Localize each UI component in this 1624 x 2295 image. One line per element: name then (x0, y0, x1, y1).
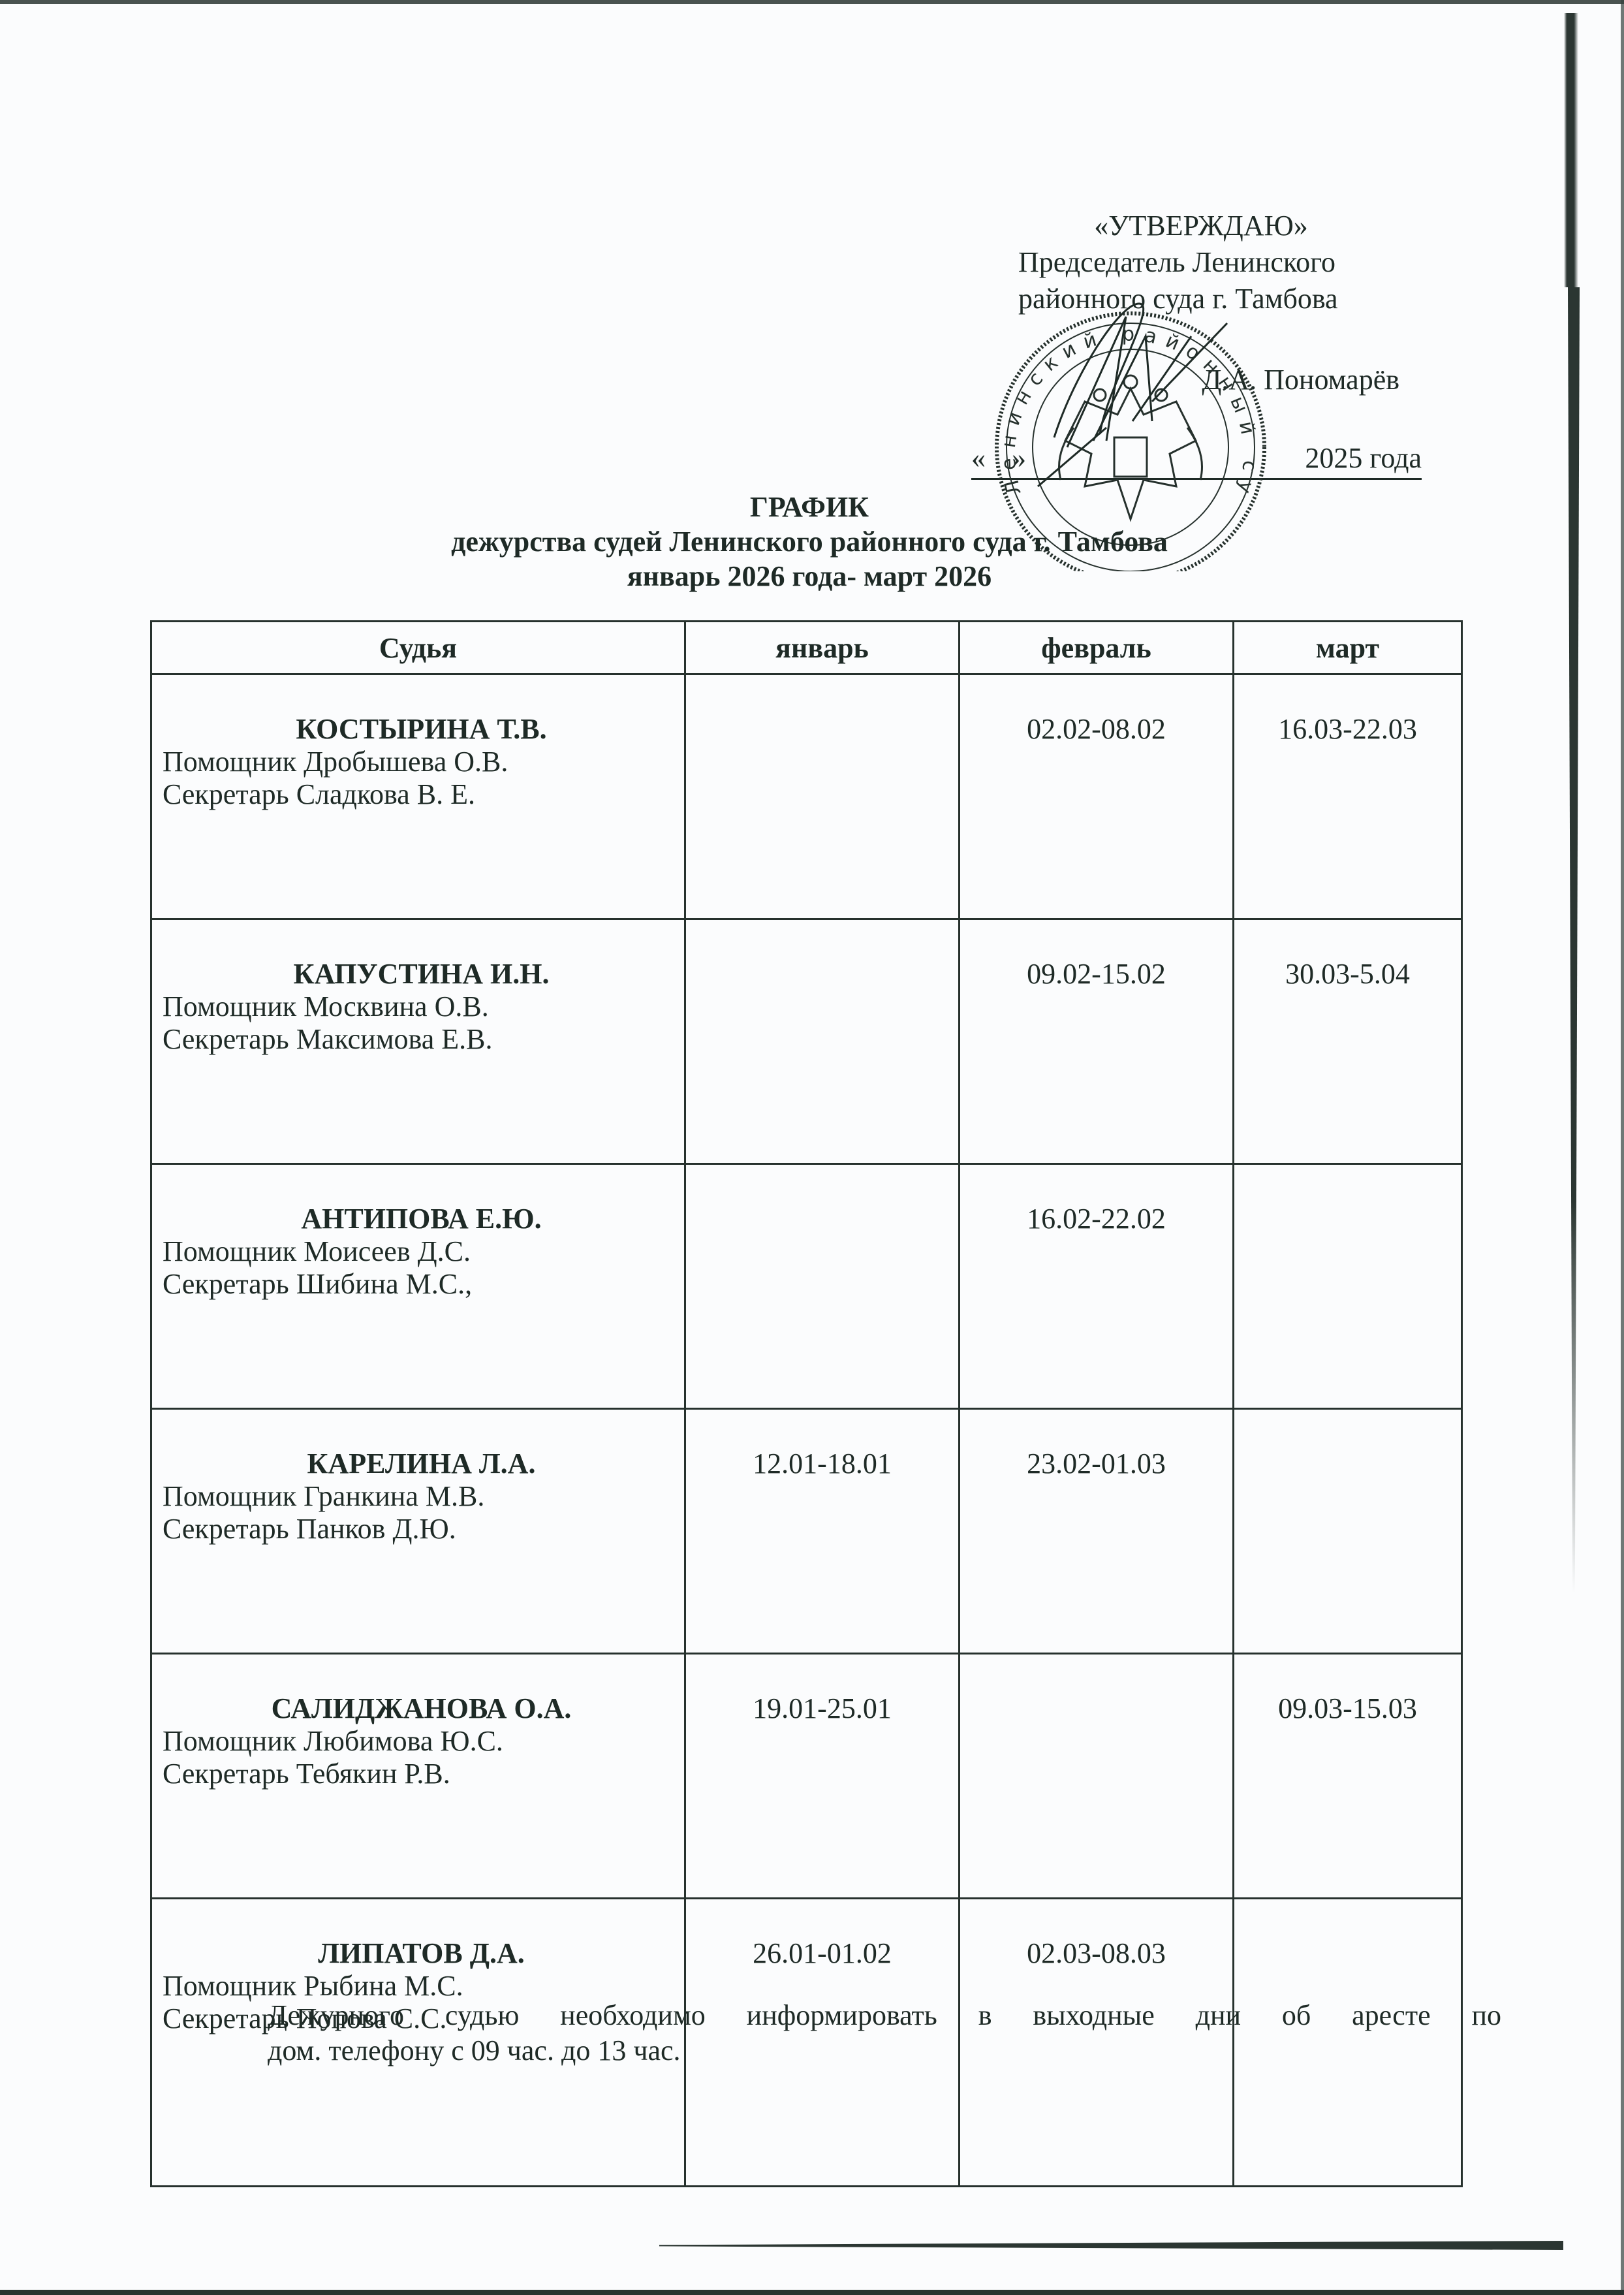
secretary-name: Тебякин Р.В. (296, 1758, 450, 1790)
march-duty-cell (1234, 1409, 1462, 1654)
judge-name: АНТИПОВА Е.Ю. (163, 1203, 680, 1235)
scan-bottom-mark (659, 2241, 1563, 2250)
january-duty-cell (685, 674, 960, 919)
column-header-march: март (1234, 622, 1462, 674)
judge-name: КАРЕЛИНА Л.А. (163, 1448, 680, 1480)
secretary-label: Секретарь (163, 1758, 289, 1790)
assistant-label: Помощник (163, 746, 296, 778)
assistant-label: Помощник (163, 1480, 296, 1512)
assistant-line: Помощник Любимова Ю.С. (163, 1725, 680, 1758)
february-duty-cell: 02.02-08.02 (960, 674, 1234, 919)
secretary-label: Секретарь (163, 778, 289, 810)
secretary-line: Секретарь Шибина М.С., (163, 1268, 680, 1301)
secretary-label: Секретарь (163, 1023, 289, 1055)
assistant-name: Гранкина М.В. (304, 1480, 484, 1512)
scan-border-right (1621, 0, 1624, 2295)
march-duty-cell: 30.03-5.04 (1234, 919, 1462, 1164)
table-row: КОСТЫРИНА Т.В. Помощник Дробышева О.В. С… (151, 674, 1462, 919)
february-duty-cell: 23.02-01.03 (960, 1409, 1234, 1654)
approver-position-line1: Председатель Ленинского (966, 244, 1436, 281)
assistant-line: Помощник Гранкина М.В. (163, 1480, 680, 1513)
january-duty-cell: 12.01-18.01 (685, 1409, 960, 1654)
assistant-label: Помощник (163, 990, 296, 1022)
table-row: АНТИПОВА Е.Ю. Помощник Моисеев Д.С. Секр… (151, 1164, 1462, 1409)
assistant-name: Дробышева О.В. (304, 746, 508, 778)
judge-cell: КАПУСТИНА И.Н. Помощник Москвина О.В. Се… (151, 919, 685, 1164)
march-duty-cell: 16.03-22.03 (1234, 674, 1462, 919)
column-header-january: январь (685, 622, 960, 674)
secretary-line: Секретарь Максимова Е.В. (163, 1023, 680, 1056)
assistant-line: Помощник Москвина О.В. (163, 990, 680, 1023)
assistant-label: Помощник (163, 1235, 296, 1267)
secretary-name: Панков Д.Ю. (296, 1513, 456, 1545)
january-duty-cell (685, 919, 960, 1164)
scan-margin-mark (1564, 13, 1578, 287)
assistant-label: Помощник (163, 1725, 296, 1757)
secretary-label: Секретарь (163, 1513, 289, 1545)
assistant-name: Рыбина М.С. (304, 1970, 463, 2002)
title-line2: дежурства судей Ленинского районного суд… (144, 524, 1475, 559)
secretary-line: Секретарь Сладкова В. Е. (163, 778, 680, 811)
february-duty-cell: 16.02-22.02 (960, 1164, 1234, 1409)
judge-name: ЛИПАТОВ Д.А. (163, 1937, 680, 1970)
january-duty-cell (685, 1164, 960, 1409)
assistant-line: Помощник Дробышева О.В. (163, 746, 680, 778)
assistant-line: Помощник Моисеев Д.С. (163, 1235, 680, 1268)
table-row: САЛИДЖАНОВА О.А. Помощник Любимова Ю.С. … (151, 1654, 1462, 1899)
judge-name: КАПУСТИНА И.Н. (163, 958, 680, 990)
february-duty-cell (960, 1654, 1234, 1899)
secretary-name: Сладкова В. Е. (296, 778, 475, 810)
scan-border-top (0, 0, 1624, 4)
assistant-name: Москвина О.В. (304, 990, 489, 1022)
table-header-row: Судья январь февраль март (151, 622, 1462, 674)
secretary-name: Шибина М.С., (296, 1268, 472, 1300)
february-duty-cell: 09.02-15.02 (960, 919, 1234, 1164)
svg-text:Ленинский районный суд г. Тамб: Ленинский районный суд г. Тамбова (976, 297, 1261, 505)
march-duty-cell (1234, 1164, 1462, 1409)
january-duty-cell: 19.01-25.01 (685, 1654, 960, 1899)
table-row: КАРЕЛИНА Л.А. Помощник Гранкина М.В. Сек… (151, 1409, 1462, 1654)
judge-cell: КАРЕЛИНА Л.А. Помощник Гранкина М.В. Сек… (151, 1409, 685, 1654)
assistant-name: Любимова Ю.С. (304, 1725, 503, 1757)
duty-schedule-table: Судья январь февраль март КОСТЫРИНА Т.В.… (150, 620, 1463, 2187)
column-header-february: февраль (960, 622, 1234, 674)
duty-notice: Дежурного судью необходимо информировать… (268, 1998, 1501, 2068)
title-line1: ГРАФИК (144, 490, 1475, 524)
judge-cell: АНТИПОВА Е.Ю. Помощник Моисеев Д.С. Секр… (151, 1164, 685, 1409)
secretary-line: Секретарь Панков Д.Ю. (163, 1513, 680, 1545)
secretary-label: Секретарь (163, 1268, 289, 1300)
judge-cell: САЛИДЖАНОВА О.А. Помощник Любимова Ю.С. … (151, 1654, 685, 1899)
notice-line1: Дежурного судью необходимо информировать… (268, 1998, 1501, 2033)
approval-year: 2025 года (1305, 440, 1422, 477)
assistant-name: Моисеев Д.С. (304, 1235, 471, 1267)
secretary-line: Секретарь Тебякин Р.В. (163, 1758, 680, 1790)
judge-name: КОСТЫРИНА Т.В. (163, 713, 680, 746)
document-title: ГРАФИК дежурства судей Ленинского районн… (144, 490, 1475, 594)
scan-margin-mark-lower (1568, 287, 1580, 1593)
approval-heading: «УТВЕРЖДАЮ» (966, 208, 1436, 244)
assistant-label: Помощник (163, 1970, 296, 2002)
table-row: КАПУСТИНА И.Н. Помощник Москвина О.В. Се… (151, 919, 1462, 1164)
column-header-judge: Судья (151, 622, 685, 674)
notice-line2: дом. телефону с 09 час. до 13 час. (268, 2034, 681, 2066)
title-line3: январь 2026 года- март 2026 (144, 559, 1475, 594)
stamp-ring-text: Ленинский районный суд г. Тамбова (976, 297, 1261, 505)
march-duty-cell: 09.03-15.03 (1234, 1654, 1462, 1899)
judge-cell: КОСТЫРИНА Т.В. Помощник Дробышева О.В. С… (151, 674, 685, 919)
scan-border-bottom (0, 2290, 1624, 2295)
secretary-name: Максимова Е.В. (296, 1023, 493, 1055)
judge-name: САЛИДЖАНОВА О.А. (163, 1692, 680, 1725)
